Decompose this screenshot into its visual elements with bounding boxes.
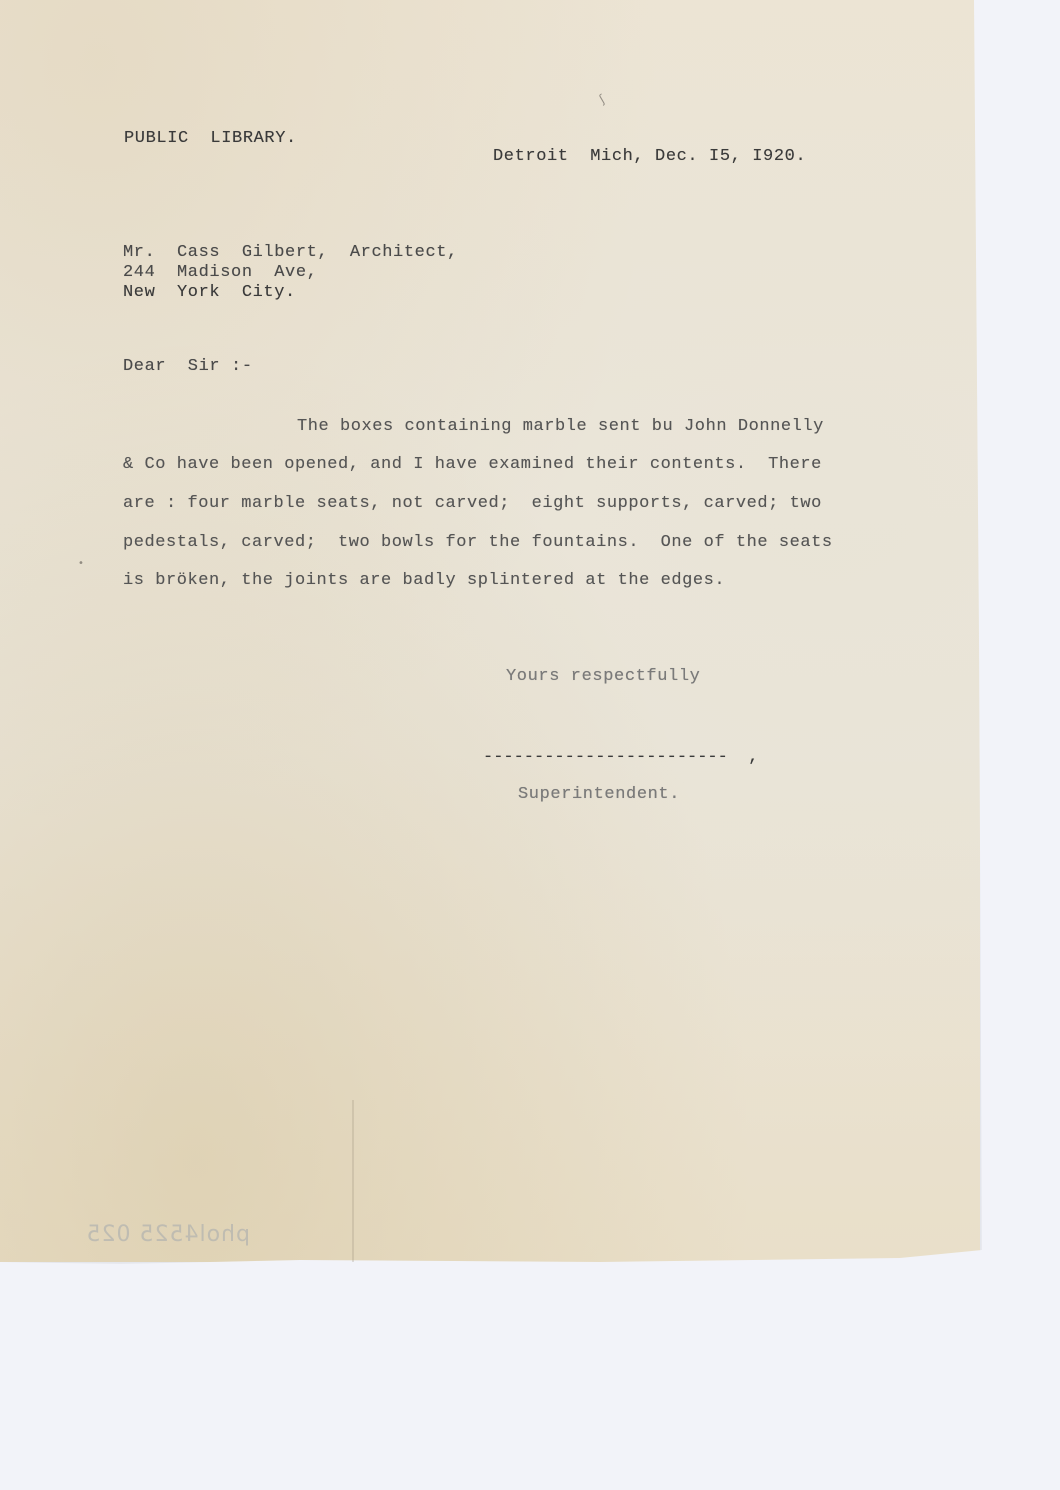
- body-line: & Co have been opened, and I have examin…: [123, 455, 822, 474]
- body-line: is bröken, the joints are badly splinter…: [123, 571, 725, 590]
- body-line: are : four marble seats, not carved; eig…: [123, 494, 822, 513]
- dateline: Detroit Mich, Dec. I5, I920.: [493, 147, 806, 166]
- paper-crease: [352, 1100, 354, 1262]
- closing: Yours respectfully: [506, 667, 700, 686]
- body-line: pedestals, carved; two bowls for the fou…: [123, 533, 833, 552]
- ink-speck: •: [78, 558, 84, 569]
- letterhead: PUBLIC LIBRARY.: [124, 129, 297, 148]
- signature-line: ------------------------ ,: [483, 748, 758, 767]
- body-line: The boxes containing marble sent bu John…: [297, 417, 824, 436]
- letter-paper: [0, 0, 980, 1262]
- recipient-street: 244 Madison Ave,: [123, 263, 317, 282]
- salutation: Dear Sir :-: [123, 357, 253, 376]
- recipient-city: New York City.: [123, 283, 296, 302]
- reverse-bleed-through-text: phol4525 025: [10, 1222, 250, 1247]
- recipient-name: Mr. Cass Gilbert, Architect,: [123, 243, 458, 262]
- signature-title: Superintendent.: [518, 785, 680, 804]
